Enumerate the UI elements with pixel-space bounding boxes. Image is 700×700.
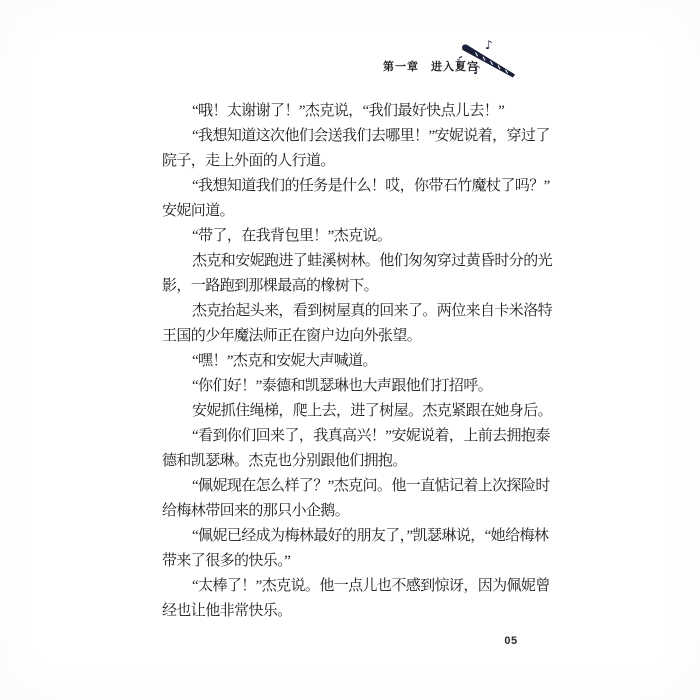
page-number: 05 [494,635,528,647]
text-line: “看到你们回来了，我真高兴！”安妮说着，上前去拥抱泰 [162,424,562,449]
text-line: “带了，在我背包里！”杰克说。 [162,224,562,249]
text-line: “你们好！”泰德和凯瑟琳也大声跟他们打招呼。 [162,374,562,399]
text-line: “我想知道我们的任务是什么！哎，你带石竹魔杖了吗？” [162,174,562,199]
flute-music-notes-icon: ♪ ♪ ♪ [452,32,524,84]
text-line: 安妮抓住绳梯，爬上去，进了树屋。杰克紧跟在她身后。 [162,399,562,424]
text-line: 带来了很多的快乐。” [162,549,562,574]
text-line: 给梅林带回来的那只小企鹅。 [162,499,562,524]
text-line: 德和凯瑟琳。杰克也分别跟他们拥抱。 [162,449,562,474]
text-line: 王国的少年魔法师正在窗户边向外张望。 [162,324,562,349]
text-line: 影，一路跑到那棵最高的橡树下。 [162,274,562,299]
svg-text:♪: ♪ [455,58,464,69]
text-line: “佩妮已经成为梅林最好的朋友了，”凯瑟琳说，“她给梅林 [162,524,562,549]
svg-text:♪: ♪ [473,63,481,77]
text-line: 院子，走上外面的人行道。 [162,149,562,174]
text-line: 杰克抬起头来，看到树屋真的回来了。两位来自卡米洛特 [162,299,562,324]
text-line: “太棒了！”杰克说。他一点儿也不感到惊讶，因为佩妮曾 [162,574,562,599]
text-body: “哦！太谢谢了！”杰克说，“我们最好快点儿去！”“我想知道这次他们会送我们去哪里… [162,99,562,624]
book-page: 第一章 进入夏宫 ♪ ♪ ♪ “哦！太谢谢了！”杰克说，“我们最好快点儿去！”“… [0,0,700,700]
text-line: 经也让他非常快乐。 [162,599,562,624]
text-line: 安妮问道。 [162,199,562,224]
text-line: 杰克和安妮跑进了蛙溪树林。他们匆匆穿过黄昏时分的光 [162,249,562,274]
text-line: “哦！太谢谢了！”杰克说，“我们最好快点儿去！” [162,99,562,124]
text-line: “嘿！”杰克和安妮大声喊道。 [162,349,562,374]
text-line: “我想知道这次他们会送我们去哪里！”安妮说着，穿过了 [162,124,562,149]
svg-text:♪: ♪ [485,38,493,52]
text-line: “佩妮现在怎么样了？”杰克问。他一直惦记着上次探险时 [162,474,562,499]
